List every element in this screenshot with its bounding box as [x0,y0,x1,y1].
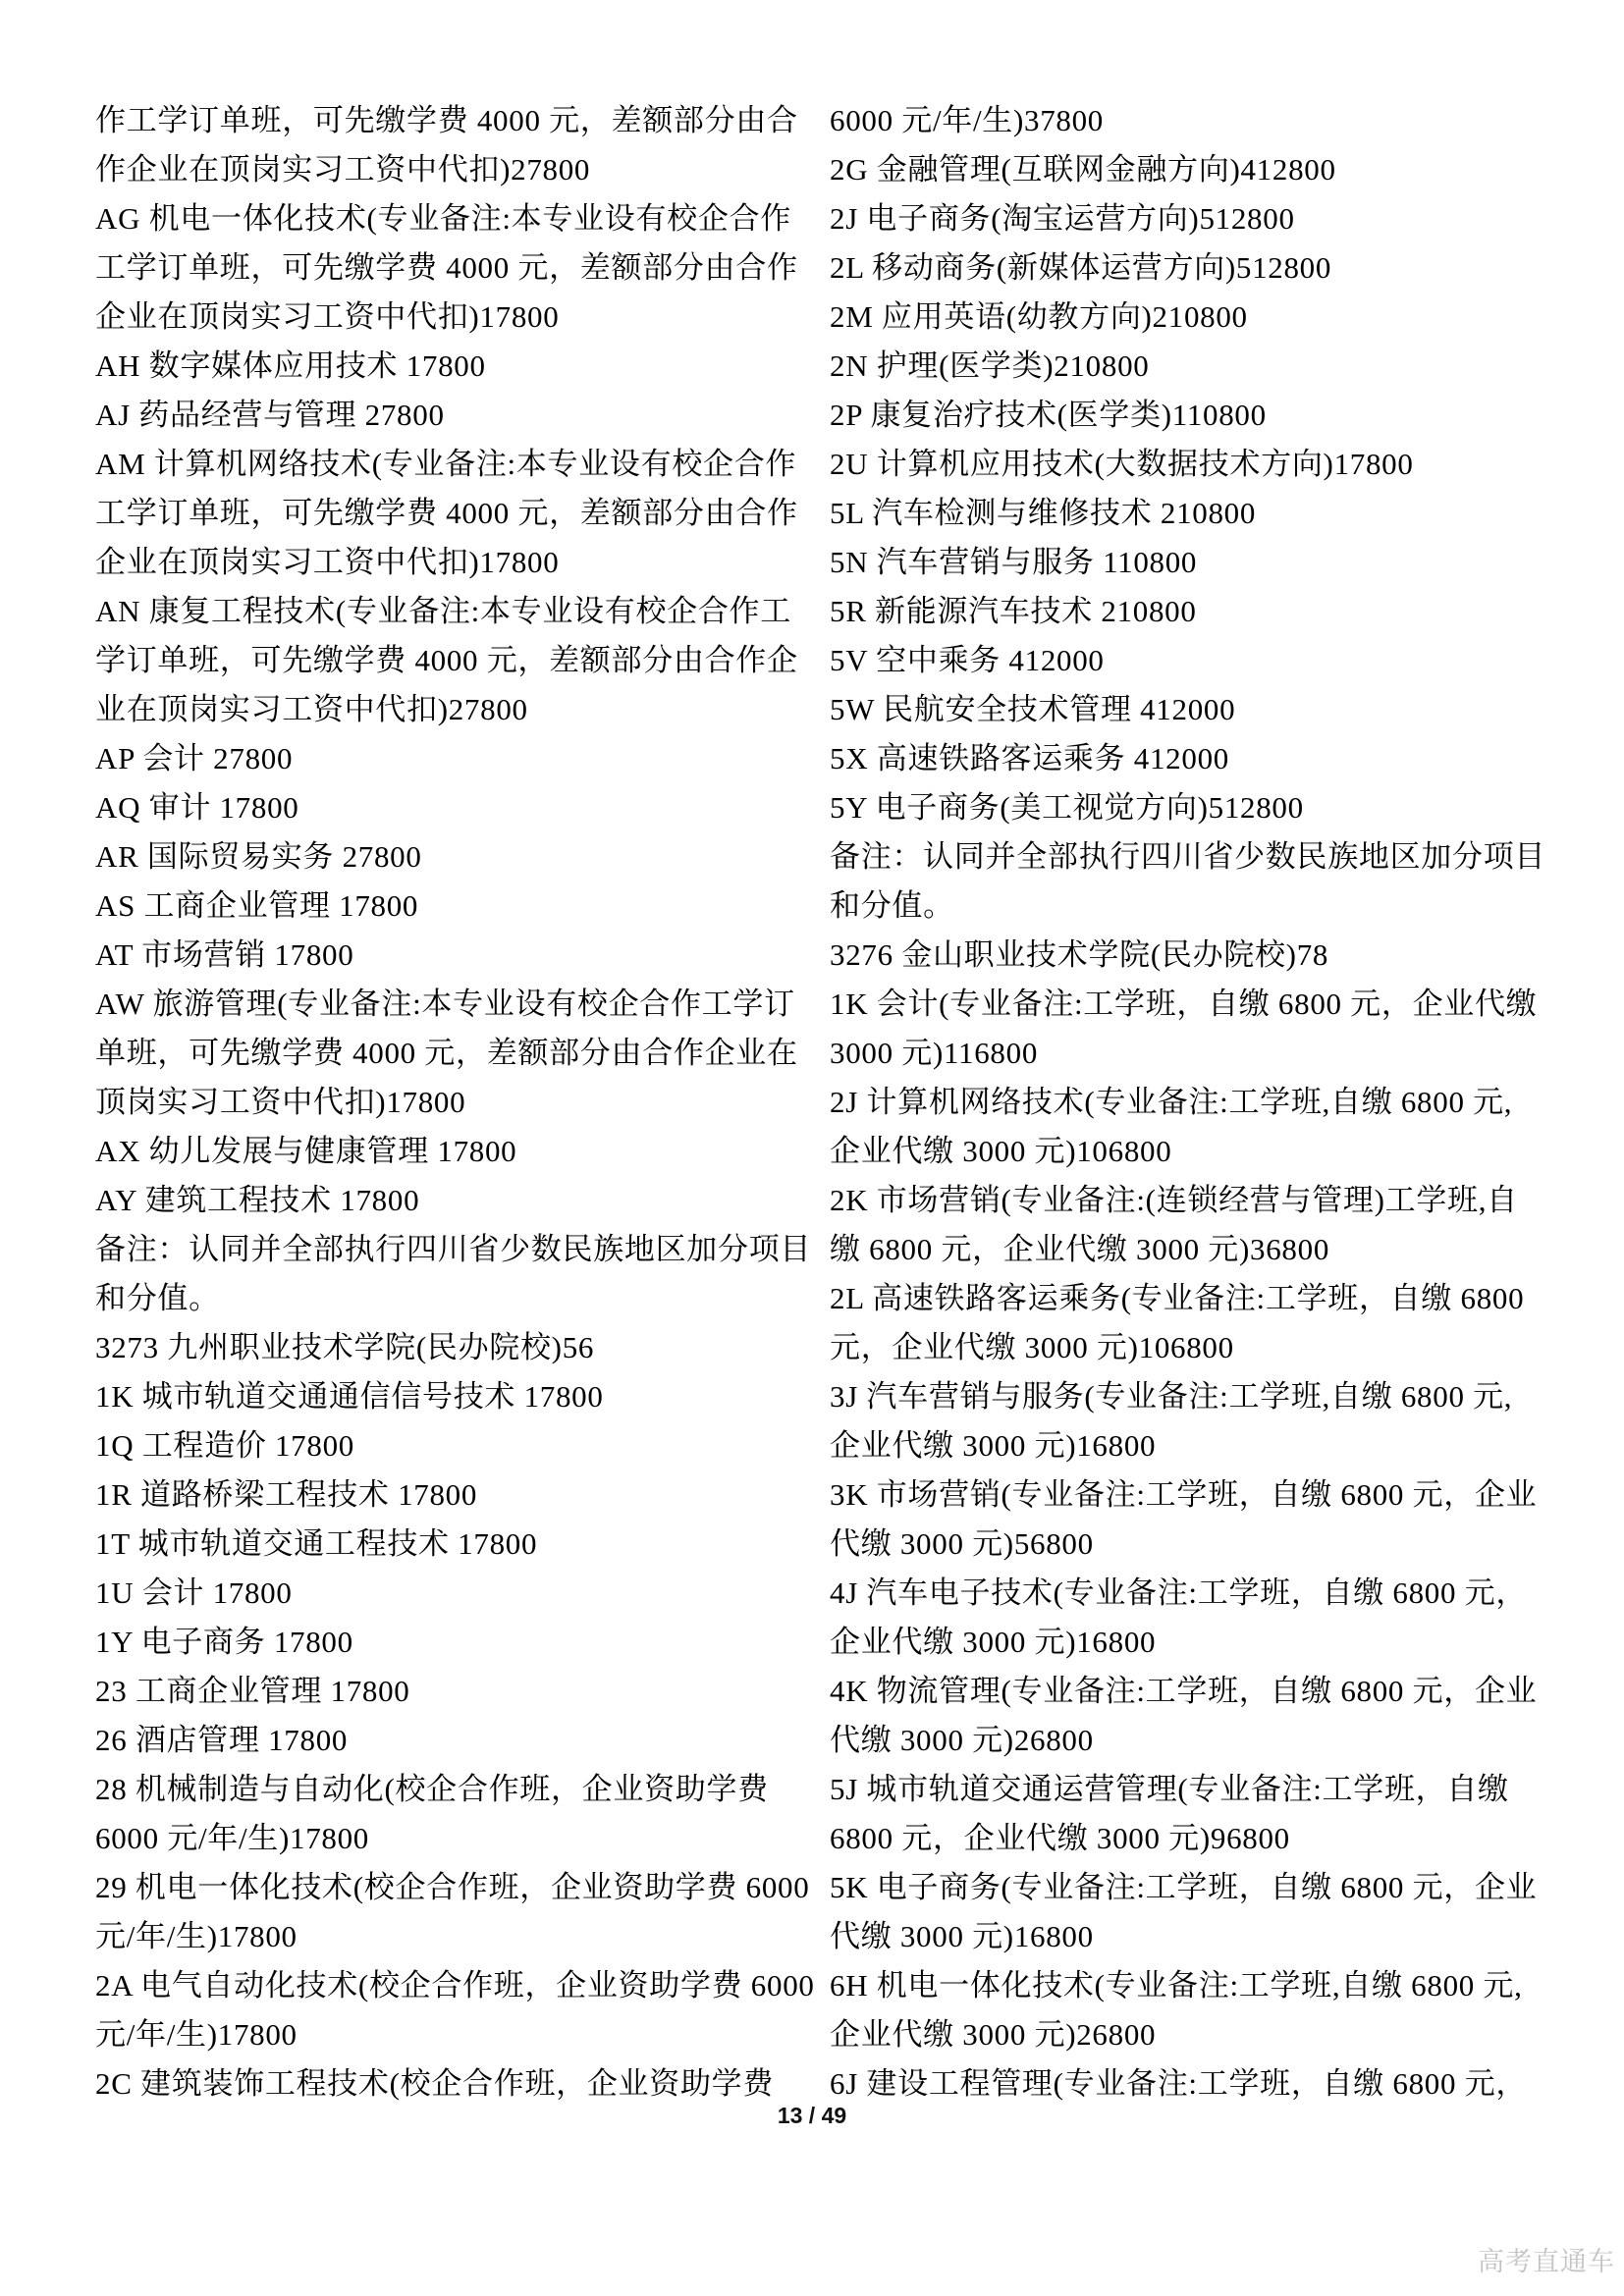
text-line: 代缴 3000 元)56800 [830,1520,1556,1569]
text-line: 学订单班，可先缴学费 4000 元，差额部分由合作企 [95,636,822,685]
text-line: 5J 城市轨道交通运营管理(专业备注:工学班，自缴 [830,1765,1556,1814]
text-line: AG 机电一体化技术(专业备注:本专业设有校企合作 [95,194,822,243]
text-line: 28 机械制造与自动化(校企合作班，企业资助学费 [95,1765,822,1814]
text-line: 2J 电子商务(淘宝运营方向)512800 [830,194,1556,243]
text-line: 4J 汽车电子技术(专业备注:工学班，自缴 6800 元， [830,1569,1556,1618]
text-line: AW 旅游管理(专业备注:本专业设有校企合作工学订 [95,980,822,1029]
text-line: 作企业在顶岗实习工资中代扣)27800 [95,145,822,194]
text-line: 5N 汽车营销与服务 110800 [830,538,1556,587]
text-line: 3276 金山职业技术学院(民办院校)78 [830,931,1556,980]
text-line: 元，企业代缴 3000 元)106800 [830,1323,1556,1372]
text-line: 缴 6800 元，企业代缴 3000 元)36800 [830,1225,1556,1274]
text-line: 单班，可先缴学费 4000 元，差额部分由合作企业在 [95,1029,822,1078]
text-line: 3273 九州职业技术学院(民办院校)56 [95,1323,822,1372]
text-line: 代缴 3000 元)26800 [830,1716,1556,1765]
text-line: 4K 物流管理(专业备注:工学班，自缴 6800 元，企业 [830,1667,1556,1716]
text-line: 5R 新能源汽车技术 210800 [830,587,1556,636]
text-line: 顶岗实习工资中代扣)17800 [95,1078,822,1127]
text-line: 1K 城市轨道交通通信信号技术 17800 [95,1372,822,1421]
text-line: 工学订单班，可先缴学费 4000 元，差额部分由合作 [95,489,822,538]
text-line: AP 会计 27800 [95,734,822,783]
text-line: 企业代缴 3000 元)16800 [830,1618,1556,1667]
right-column: 6000 元/年/生)378002G 金融管理(互联网金融方向)4128002J… [830,96,1556,2109]
text-line: 1K 会计(专业备注:工学班，自缴 6800 元，企业代缴 [830,980,1556,1029]
text-line: 2N 护理(医学类)210800 [830,342,1556,391]
text-line: 2G 金融管理(互联网金融方向)412800 [830,145,1556,194]
text-line: 5V 空中乘务 412000 [830,636,1556,685]
text-line: 2P 康复治疗技术(医学类)110800 [830,391,1556,440]
text-line: 企业在顶岗实习工资中代扣)17800 [95,538,822,587]
text-line: AQ 审计 17800 [95,783,822,832]
text-line: 1U 会计 17800 [95,1569,822,1618]
text-line: 2K 市场营销(专业备注:(连锁经营与管理)工学班,自 [830,1176,1556,1225]
text-line: 29 机电一体化技术(校企合作班，企业资助学费 6000 [95,1863,822,1912]
text-line: 3K 市场营销(专业备注:工学班，自缴 6800 元，企业 [830,1470,1556,1520]
text-line: 2L 移动商务(新媒体运营方向)512800 [830,243,1556,293]
text-line: AM 计算机网络技术(专业备注:本专业设有校企合作 [95,440,822,489]
text-line: AY 建筑工程技术 17800 [95,1176,822,1225]
text-line: AX 幼儿发展与健康管理 17800 [95,1127,822,1176]
text-line: 2M 应用英语(幼教方向)210800 [830,293,1556,342]
document-page: 作工学订单班，可先缴学费 4000 元，差额部分由合作企业在顶岗实习工资中代扣)… [0,0,1624,2296]
text-line: 2U 计算机应用技术(大数据技术方向)17800 [830,440,1556,489]
text-line: 企业代缴 3000 元)16800 [830,1421,1556,1470]
text-line: 企业代缴 3000 元)106800 [830,1127,1556,1176]
text-line: AH 数字媒体应用技术 17800 [95,342,822,391]
text-line: 6000 元/年/生)17800 [95,1814,822,1863]
text-line: 作工学订单班，可先缴学费 4000 元，差额部分由合 [95,96,822,145]
text-line: 5Y 电子商务(美工视觉方向)512800 [830,783,1556,832]
text-line: AS 工商企业管理 17800 [95,881,822,931]
text-line: AN 康复工程技术(专业备注:本专业设有校企合作工 [95,587,822,636]
text-line: 工学订单班，可先缴学费 4000 元，差额部分由合作 [95,243,822,293]
text-line: AJ 药品经营与管理 27800 [95,391,822,440]
text-line: 1R 道路桥梁工程技术 17800 [95,1470,822,1520]
text-line: 2A 电气自动化技术(校企合作班，企业资助学费 6000 [95,1961,822,2010]
text-line: 3J 汽车营销与服务(专业备注:工学班,自缴 6800 元, [830,1372,1556,1421]
text-line: 26 酒店管理 17800 [95,1716,822,1765]
text-line: 5K 电子商务(专业备注:工学班，自缴 6800 元，企业 [830,1863,1556,1912]
text-line: 企业代缴 3000 元)26800 [830,2010,1556,2059]
text-line: 元/年/生)17800 [95,1912,822,1961]
text-line: 6J 建设工程管理(专业备注:工学班，自缴 6800 元， [830,2059,1556,2109]
watermark: 高考直通车 [1478,2240,1615,2278]
text-line: 备注：认同并全部执行四川省少数民族地区加分项目 [95,1225,822,1274]
text-line: AR 国际贸易实务 27800 [95,832,822,881]
text-line: 2J 计算机网络技术(专业备注:工学班,自缴 6800 元, [830,1078,1556,1127]
text-line: 业在顶岗实习工资中代扣)27800 [95,685,822,734]
page-number: 13 / 49 [778,2103,846,2129]
text-line: AT 市场营销 17800 [95,931,822,980]
text-line: 6H 机电一体化技术(专业备注:工学班,自缴 6800 元, [830,1961,1556,2010]
text-line: 5W 民航安全技术管理 412000 [830,685,1556,734]
text-line: 2C 建筑装饰工程技术(校企合作班，企业资助学费 [95,2059,822,2109]
text-line: 5X 高速铁路客运乘务 412000 [830,734,1556,783]
text-line: 1Q 工程造价 17800 [95,1421,822,1470]
text-line: 代缴 3000 元)16800 [830,1912,1556,1961]
text-line: 6000 元/年/生)37800 [830,96,1556,145]
text-line: 1T 城市轨道交通工程技术 17800 [95,1520,822,1569]
text-line: 6800 元，企业代缴 3000 元)96800 [830,1814,1556,1863]
text-line: 和分值。 [830,881,1556,931]
left-column: 作工学订单班，可先缴学费 4000 元，差额部分由合作企业在顶岗实习工资中代扣)… [95,96,822,2109]
text-line: 备注：认同并全部执行四川省少数民族地区加分项目 [830,832,1556,881]
text-line: 企业在顶岗实习工资中代扣)17800 [95,293,822,342]
text-line: 元/年/生)17800 [95,2010,822,2059]
text-line: 23 工商企业管理 17800 [95,1667,822,1716]
text-line: 和分值。 [95,1274,822,1323]
text-line: 5L 汽车检测与维修技术 210800 [830,489,1556,538]
text-line: 1Y 电子商务 17800 [95,1618,822,1667]
text-line: 3000 元)116800 [830,1029,1556,1078]
text-line: 2L 高速铁路客运乘务(专业备注:工学班，自缴 6800 [830,1274,1556,1323]
